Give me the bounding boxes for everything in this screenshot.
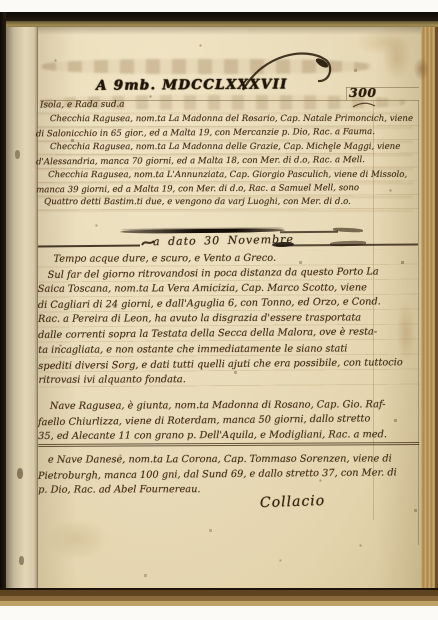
journal-entry-block: Tempo acque dure, e scuro, e Vento a Gre… bbox=[37, 250, 419, 389]
place-heading: Isola, e Rada sud.a bbox=[40, 100, 125, 111]
nave-ragusea-entry-block: Nave Ragusea, è giunta, nom.ta Madonna d… bbox=[38, 396, 419, 448]
arrivals-entries-block: Checchia Ragusea, nom.ta La Madonna del … bbox=[36, 112, 419, 211]
foxing-specks bbox=[0, 0, 1, 1]
page-gutter bbox=[6, 27, 38, 588]
folio-number: 300 bbox=[349, 85, 377, 100]
foxing-stain bbox=[414, 58, 429, 80]
nave-danese-entry-block: e Nave Danese, nom.ta La Corona, Cap. To… bbox=[38, 451, 419, 499]
manuscript-line: Checchia Ragusea, nom.ta La Madonna dell… bbox=[36, 141, 419, 155]
manuscript-line: ritrovasi ivi alquanto fondata. bbox=[38, 371, 419, 388]
foxing-stain bbox=[355, 28, 417, 56]
binding-stitch bbox=[15, 150, 20, 159]
ink-flourish bbox=[238, 44, 338, 98]
manuscript-line: Checchia Ragusea, nom.ta L'Annunziata, C… bbox=[36, 168, 419, 182]
book-cover-top-band bbox=[0, 12, 438, 21]
binding-stitch bbox=[19, 556, 24, 565]
foxing-stain bbox=[45, 518, 109, 560]
manuscript-scan: A 9mb. MDCCLXXXVII 300 Isola, e Rada sud… bbox=[0, 0, 438, 620]
binding-stitch bbox=[17, 468, 23, 479]
folio-flourish bbox=[351, 99, 377, 109]
manuscript-line: Checchia Ragusea, nom.ta La Madonna del … bbox=[36, 113, 419, 127]
manuscript-line: d'Alessandria, manca 70 giorni, ed a Mal… bbox=[36, 153, 419, 170]
book-bottom-page-edges bbox=[0, 588, 438, 606]
manuscript-line: p. Dio, Rac. ad Abel Fournereau. bbox=[38, 482, 419, 498]
folio-box-rule bbox=[346, 87, 347, 100]
manuscript-line-underlined: 35, ed Alecante 11 con grano p. Dell'Aqu… bbox=[38, 427, 419, 447]
manuscript-line: di Salonicchio in 65 gior., ed a Malta 1… bbox=[36, 126, 419, 143]
manuscript-line: Quattro detti Bastim.ti due, e vengono d… bbox=[36, 196, 419, 210]
signature: Collacio bbox=[260, 493, 326, 511]
book-fore-edge bbox=[421, 27, 438, 588]
